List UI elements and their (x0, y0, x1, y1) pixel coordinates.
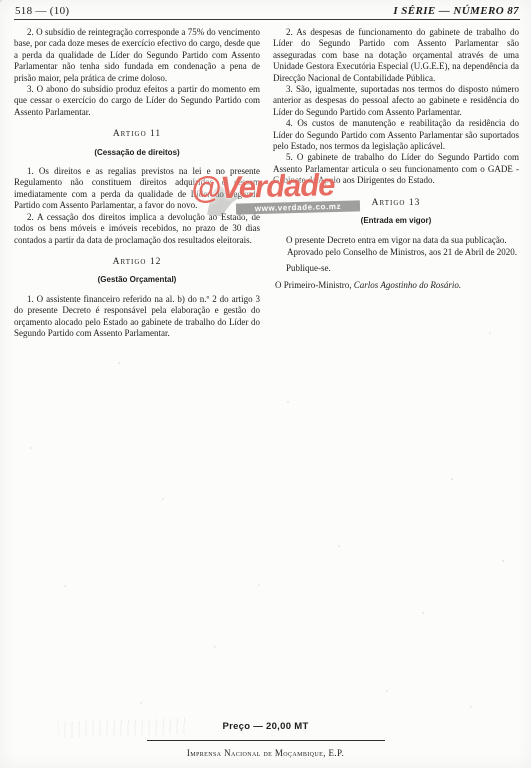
article-subject-13: (Entrada em vigor) (273, 215, 519, 226)
paragraph: 4. Os custos de manutenção e reabilitaçã… (273, 118, 519, 152)
page-header: 518 — (10) I SÉRIE — NÚMERO 87 (15, 5, 519, 17)
entry-into-force-paragraph: O presente Decreto entra em vigor na dat… (273, 235, 519, 246)
signature-title: O Primeiro-Ministro, (275, 280, 354, 290)
footer-rule (147, 740, 385, 741)
gazette-page: 518 — (10) I SÉRIE — NÚMERO 87 2. O subs… (0, 0, 531, 768)
series-issue-label: I SÉRIE — NÚMERO 87 (393, 5, 519, 17)
publish-order-paragraph: Publique-se. (273, 263, 519, 274)
signature-name: Carlos Agostinho do Rosário. (354, 280, 461, 290)
paragraph: 3. O abono do subsídio produz efeitos a … (14, 84, 260, 118)
paragraph: 2. O subsídio de reintegração correspond… (14, 27, 260, 84)
paragraph: 2. As despesas de funcionamento do gabin… (273, 27, 519, 84)
article-heading-12: Artigo 12 (14, 257, 260, 268)
paragraph: 3. São, igualmente, suportadas nos termo… (273, 84, 519, 118)
article-subject-12: (Gestão Orçamental) (14, 274, 260, 285)
article-heading-11: Artigo 11 (14, 129, 260, 140)
page-number: 518 — (10) (15, 5, 69, 17)
paragraph: 2. A cessação dos direitos implica a dev… (14, 212, 260, 246)
publisher-imprint: Imprensa Nacional de Moçambique, E.P. (0, 748, 531, 758)
approval-paragraph: Aprovado pelo Conselho de Ministros, aos… (273, 247, 519, 258)
signature-line: O Primeiro-Ministro, Carlos Agostinho do… (273, 280, 519, 291)
header-rule (14, 19, 520, 20)
paragraph: 1. O assistente financeiro referido na a… (14, 294, 260, 340)
article-subject-11: (Cessação de direitos) (14, 147, 260, 158)
price-label: Preço — 20,00 MT (0, 721, 531, 732)
